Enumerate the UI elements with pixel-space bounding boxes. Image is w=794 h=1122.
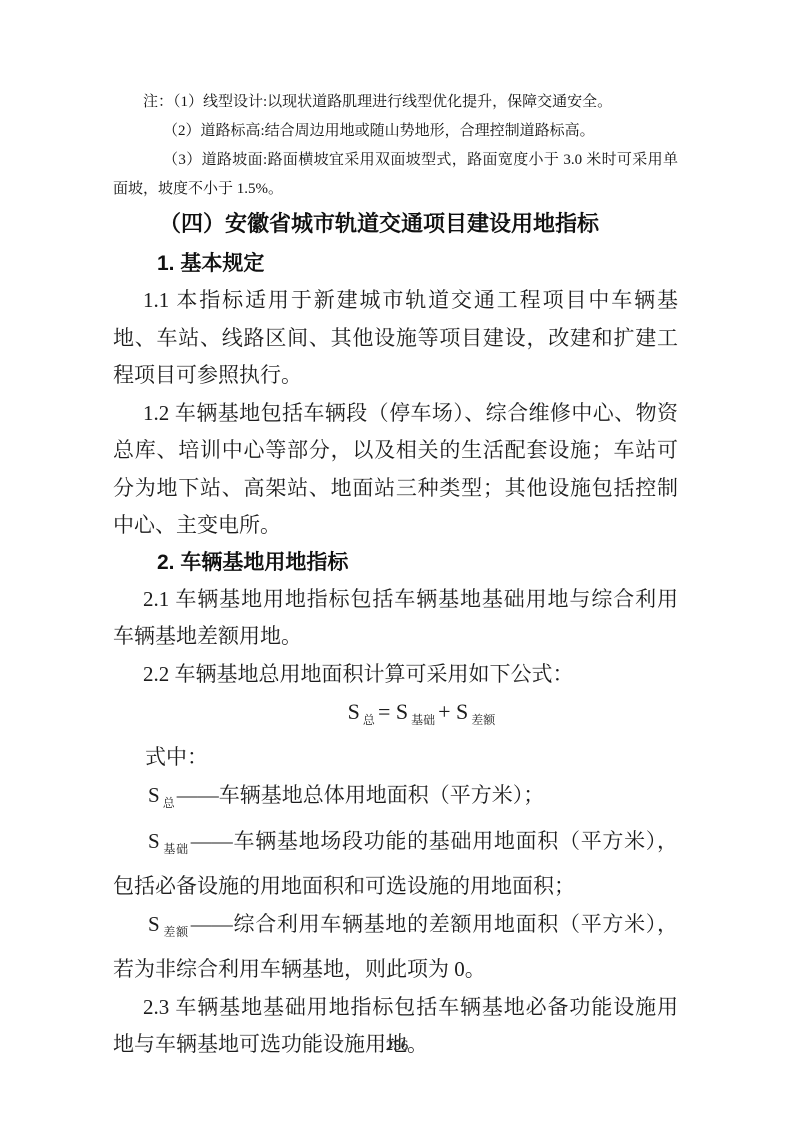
formula-symbol-total: S [348, 699, 360, 724]
formula-equals-sign: = [378, 699, 396, 724]
page-number: 256 [0, 1036, 794, 1056]
definition-symbol: S [148, 912, 160, 936]
definition-subscript: 基础 [163, 842, 189, 856]
formula-subscript-total: 总 [363, 713, 375, 727]
chapter-2-heading: 2. 车辆基地用地指标 [113, 545, 678, 581]
formula-plus-sign: + [438, 699, 456, 724]
definition-text: ——车辆基地总体用地面积（平方米）； [177, 783, 545, 807]
chapter-1-heading: 1. 基本规定 [113, 246, 678, 282]
definition-symbol: S [148, 829, 160, 853]
formula-intro: 式中： [113, 739, 678, 777]
note-line-2: （2）道路标高:结合周边用地或随山势地形，合理控制道路标高。 [113, 117, 678, 146]
document-page: 注：（1）线型设计:以现状道路肌理进行线型优化提升，保障交通安全。 （2）道路标… [0, 0, 794, 1122]
paragraph-2-2: 2.2 车辆基地总用地面积计算可采用如下公式： [113, 656, 678, 694]
paragraph-2-1: 2.1 车辆基地用地指标包括车辆基地基础用地与综合利用车辆基地差额用地。 [113, 581, 678, 656]
definition-s-base: S基础——车辆基地场段功能的基础用地面积（平方米），包括必备设施的用地面积和可选… [113, 823, 678, 906]
definition-text: ——车辆基地场段功能的基础用地面积（平方米），包括必备设施的用地面积和可选设施的… [113, 829, 678, 899]
definition-subscript: 差额 [163, 925, 189, 939]
definition-symbol: S [148, 783, 160, 807]
paragraph-1-1: 1.1 本指标适用于新建城市轨道交通工程项目中车辆基地、车站、线路区间、其他设施… [113, 282, 678, 395]
definition-s-diff: S差额——综合利用车辆基地的差额用地面积（平方米），若为非综合利用车辆基地，则此… [113, 906, 678, 989]
formula-subscript-diff: 差额 [471, 713, 495, 727]
definition-text: ——综合利用车辆基地的差额用地面积（平方米），若为非综合利用车辆基地，则此项为 … [113, 912, 678, 982]
formula-symbol-diff: S [456, 699, 468, 724]
note-line-1: 注：（1）线型设计:以现状道路肌理进行线型优化提升，保障交通安全。 [113, 88, 678, 117]
note-line-3: （3）道路坡面:路面横坡宜采用双面坡型式，路面宽度小于 3.0 米时可采用单面坡… [113, 146, 678, 204]
definition-s-total: S总——车辆基地总体用地面积（平方米）； [113, 777, 678, 823]
section-heading: （四）安徽省城市轨道交通项目建设用地指标 [113, 206, 678, 242]
notes-block: 注：（1）线型设计:以现状道路肌理进行线型优化提升，保障交通安全。 （2）道路标… [113, 88, 678, 204]
paragraph-1-2: 1.2 车辆基地包括车辆段（停车场）、综合维修中心、物资总库、培训中心等部分，以… [113, 395, 678, 545]
formula-symbol-base: S [396, 699, 408, 724]
formula-subscript-base: 基础 [411, 713, 435, 727]
definition-subscript: 总 [163, 796, 175, 810]
area-formula: S总= S基础+ S差额 [113, 693, 678, 739]
